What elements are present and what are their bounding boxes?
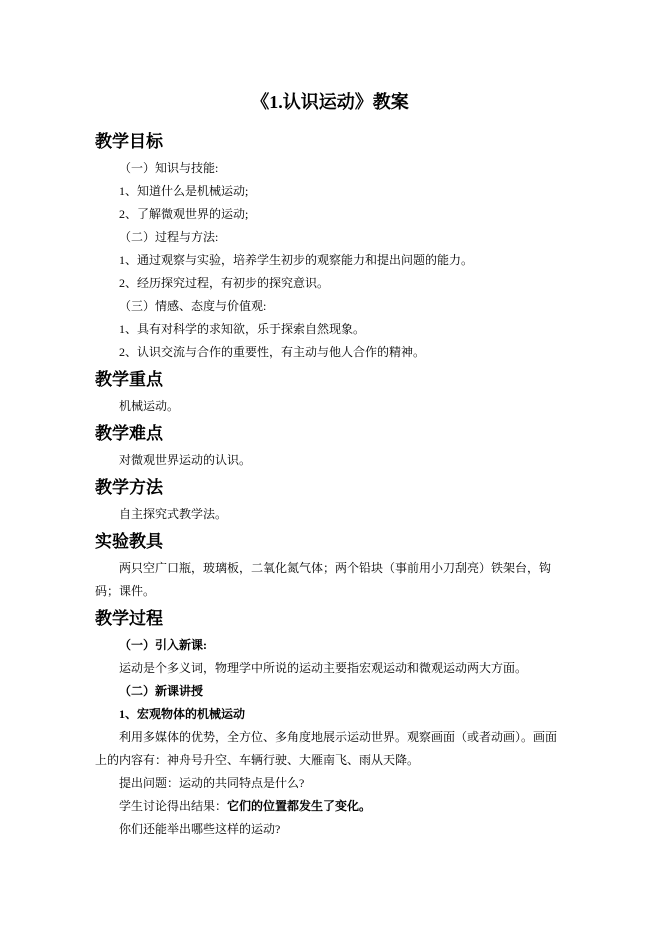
objective-line: 1、通过观察与实验，培养学生初步的观察能力和提出问题的能力。 bbox=[95, 249, 565, 272]
objective-line: 2、经历探究过程，有初步的探究意识。 bbox=[95, 272, 565, 295]
process-discussion: 学生讨论得出结果：它们的位置都发生了变化。 bbox=[95, 795, 565, 818]
process-intro-label: （一）引入新课: bbox=[95, 634, 565, 657]
difficulties-text: 对微观世界运动的认识。 bbox=[95, 449, 565, 472]
heading-teaching-difficulties: 教学难点 bbox=[95, 420, 565, 447]
discussion-result: 它们的位置都发生了变化。 bbox=[227, 799, 371, 813]
process-intro-text: 运动是个多义词，物理学中所说的运动主要指宏观运动和微观运动两大方面。 bbox=[95, 657, 565, 680]
objective-line: 1、具有对科学的求知欲，乐于探索自然现象。 bbox=[95, 318, 565, 341]
objective-line: 1、知道什么是机械运动; bbox=[95, 180, 565, 203]
process-teach-label: （二）新课讲授 bbox=[95, 680, 565, 703]
heading-experiment-apparatus: 实验教具 bbox=[95, 528, 565, 555]
apparatus-text: 两只空广口瓶，玻璃板，二氧化氮气体；两个铅块（事前用小刀刮亮）铁架台，钩码；课件… bbox=[95, 557, 565, 603]
process-topic1-text: 利用多媒体的优势，全方位、多角度地展示运动世界。观察画面（或者动画）。画面上的内… bbox=[95, 726, 565, 772]
doc-title: 《1.认识运动》教案 bbox=[95, 88, 565, 116]
heading-teaching-objectives: 教学目标 bbox=[95, 128, 565, 155]
process-followup: 你们还能举出哪些这样的运动? bbox=[95, 818, 565, 841]
key-points-text: 机械运动。 bbox=[95, 395, 565, 418]
heading-teaching-process: 教学过程 bbox=[95, 605, 565, 632]
objective-line: （一）知识与技能: bbox=[95, 157, 565, 180]
discussion-prefix: 学生讨论得出结果： bbox=[119, 799, 227, 813]
heading-teaching-key-points: 教学重点 bbox=[95, 366, 565, 393]
objective-line: 2、了解微观世界的运动; bbox=[95, 203, 565, 226]
document-page: 《1.认识运动》教案 教学目标 （一）知识与技能: 1、知道什么是机械运动; 2… bbox=[0, 0, 661, 935]
objective-line: （三）情感、态度与价值观: bbox=[95, 295, 565, 318]
methods-text: 自主探究式教学法。 bbox=[95, 503, 565, 526]
process-question: 提出问题：运动的共同特点是什么? bbox=[95, 772, 565, 795]
heading-teaching-methods: 教学方法 bbox=[95, 474, 565, 501]
objective-line: 2、认识交流与合作的重要性，有主动与他人合作的精神。 bbox=[95, 341, 565, 364]
process-topic1-label: 1、宏观物体的机械运动 bbox=[95, 703, 565, 726]
objective-line: （二）过程与方法: bbox=[95, 226, 565, 249]
